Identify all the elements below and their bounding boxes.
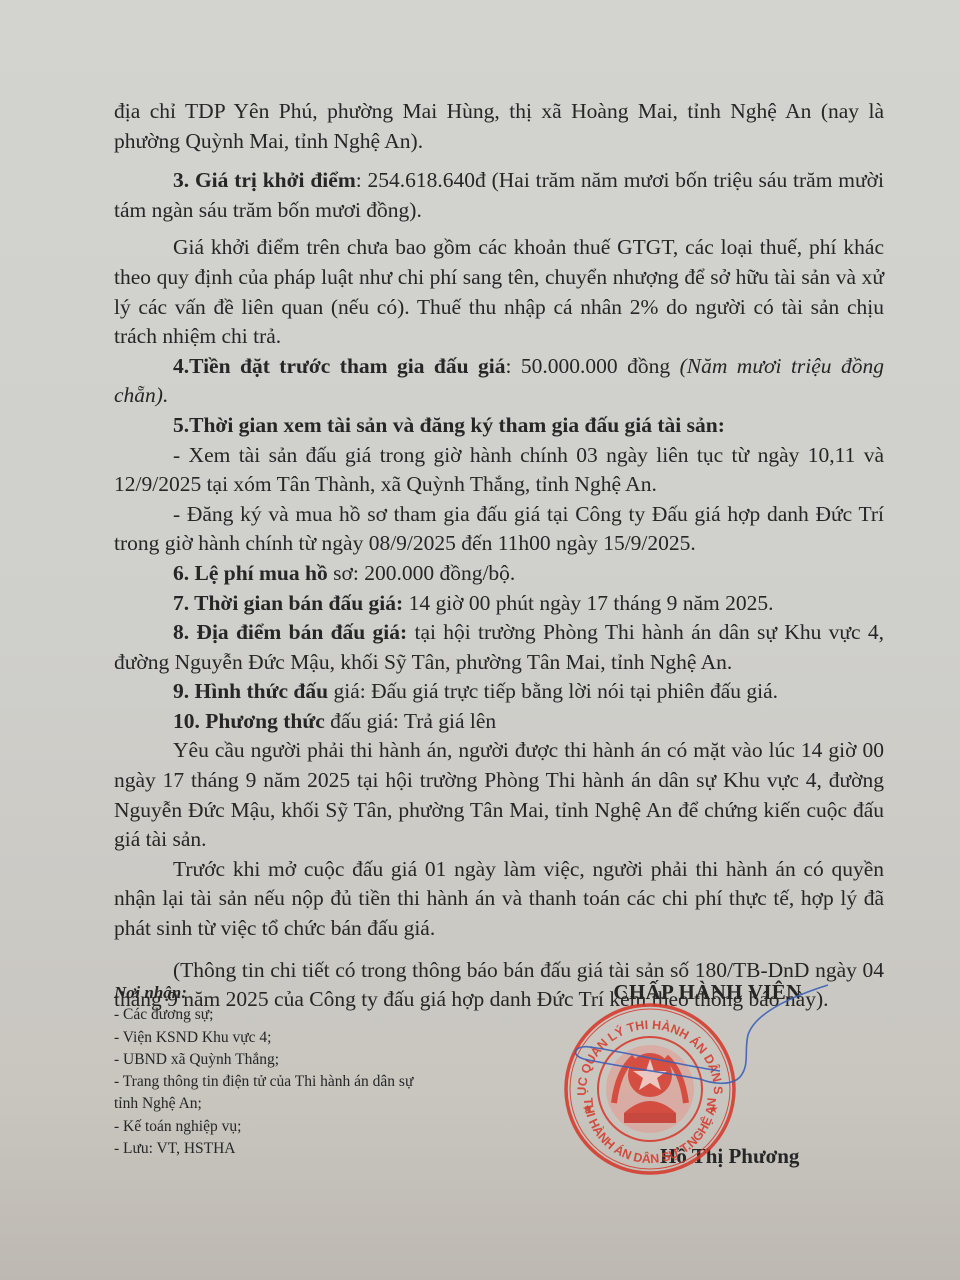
item-3-label: 3. Giá trị khởi điểm [173,168,356,192]
item-5-label: 5.Thời gian xem tài sản và đăng ký tham … [173,413,725,437]
recipient-item: - UBND xã Quỳnh Thắng; [114,1049,434,1071]
item-8-location: 8. Địa điểm bán đấu giá: tại hội trường … [114,618,884,677]
item-6-label: 6. Lệ phí mua hồ [173,561,328,585]
item-8-label: 8. Địa điểm bán đấu giá: [173,620,407,644]
recipient-item: - Kế toán nghiệp vụ; [114,1116,434,1138]
item-10-value: đấu giá: Trả giá lên [325,709,496,733]
recipients-title: Nơi nhận: [114,982,434,1004]
handwritten-signature-icon [560,975,830,1095]
item-5-bullet: - Đăng ký và mua hồ sơ tham gia đấu giá … [114,500,884,559]
tax-note: Giá khởi điểm trên chưa bao gồm các khoả… [114,233,884,351]
item-6-fee: 6. Lệ phí mua hồ sơ: 200.000 đồng/bộ. [114,559,884,589]
request-paragraph: Yêu cầu người phải thi hành án, người đư… [114,736,884,854]
item-9-value: giá: Đấu giá trực tiếp bằng lời nói tại … [328,679,778,703]
item-10-method: 10. Phương thức đấu giá: Trả giá lên [114,707,884,737]
document-page: địa chỉ TDP Yên Phú, phường Mai Hùng, th… [0,0,960,1280]
recipients-block: Nơi nhận: - Các đương sự; - Viện KSND Kh… [114,982,434,1160]
recipient-item: - Viện KSND Khu vực 4; [114,1027,434,1049]
item-5-heading: 5.Thời gian xem tài sản và đăng ký tham … [114,411,884,441]
item-4-deposit: 4.Tiền đặt trước tham gia đấu giá: 50.00… [114,352,884,411]
item-4-value: : 50.000.000 đồng [506,354,680,378]
svg-text:★: ★ [582,1102,593,1116]
item-7-value: 14 giờ 00 phút ngày 17 tháng 9 năm 2025. [403,591,773,615]
item-10-label: 10. Phương thức [173,709,325,733]
item-4-label: 4.Tiền đặt trước tham gia đấu giá [173,354,506,378]
item-6-value: sơ: 200.000 đồng/bộ. [328,561,516,585]
recipient-item: - Trang thông tin điện tử của Thi hành á… [114,1071,434,1116]
item-9-form: 9. Hình thức đấu giá: Đấu giá trực tiếp … [114,677,884,707]
address-paragraph: địa chỉ TDP Yên Phú, phường Mai Hùng, th… [114,97,884,156]
document-body: địa chỉ TDP Yên Phú, phường Mai Hùng, th… [114,97,884,1015]
svg-text:★: ★ [708,1102,719,1116]
item-9-label: 9. Hình thức đấu [173,679,328,703]
item-5-bullet: - Xem tài sản đấu giá trong giờ hành chí… [114,441,884,500]
item-3-starting-price: 3. Giá trị khởi điểm: 254.618.640đ (Hai … [114,166,884,225]
item-7-time: 7. Thời gian bán đấu giá: 14 giờ 00 phút… [114,589,884,619]
redeem-paragraph: Trước khi mở cuộc đấu giá 01 ngày làm vi… [114,855,884,944]
recipient-item: - Các đương sự; [114,1004,434,1026]
recipient-item: - Lưu: VT, HSTHA [114,1138,434,1160]
item-7-label: 7. Thời gian bán đấu giá: [173,591,403,615]
